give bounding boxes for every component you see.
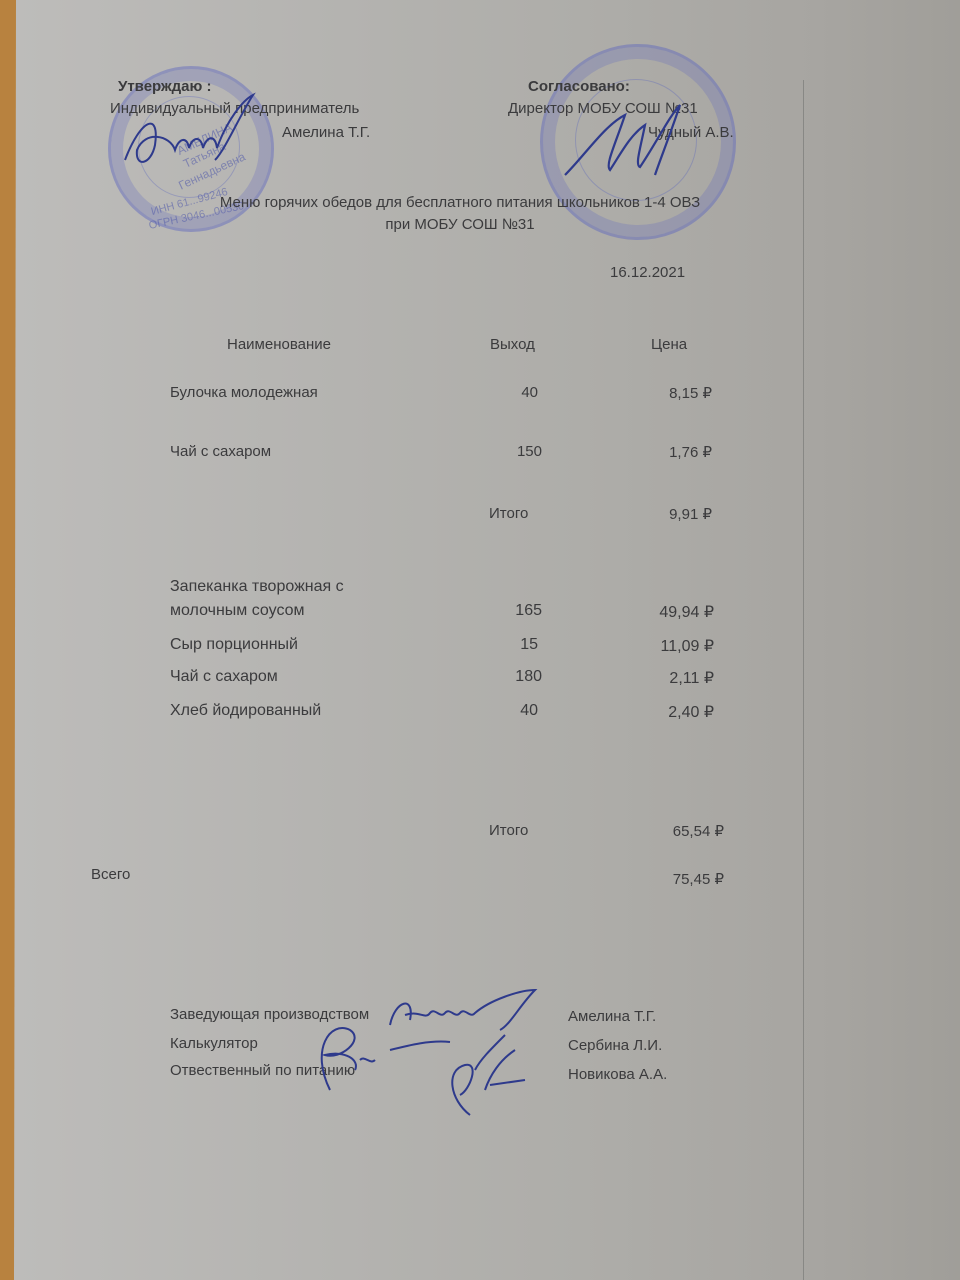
lunch-item-name: Чай с сахаром bbox=[170, 668, 278, 686]
header-name: Наименование bbox=[227, 336, 331, 353]
page-fold-line bbox=[803, 80, 804, 1280]
breakfast-item-name: Булочка молодежная bbox=[170, 384, 318, 401]
signature-name: Амелина Т.Г. bbox=[568, 1008, 656, 1025]
menu-date: 16.12.2021 bbox=[610, 264, 685, 281]
total-label: Всего bbox=[91, 866, 130, 883]
lunch-item-price: 2,40 ₽ bbox=[610, 702, 714, 722]
lunch-subtotal-label: Итого bbox=[489, 822, 528, 839]
agree-heading: Согласовано: bbox=[528, 78, 630, 95]
lunch-item-yield: 165 bbox=[480, 602, 542, 620]
lunch-item-price: 11,09 ₽ bbox=[610, 636, 714, 656]
signature-name: Сербина Л.И. bbox=[568, 1037, 662, 1054]
lunch-item-name: Сыр порционный bbox=[170, 636, 298, 654]
header-yield: Выход bbox=[490, 336, 535, 353]
lunch-item-price: 49,94 ₽ bbox=[610, 602, 714, 622]
menu-title-line1: Меню горячих обедов для бесплатного пита… bbox=[180, 194, 740, 211]
breakfast-item-price: 1,76 ₽ bbox=[620, 443, 712, 461]
breakfast-item-price: 8,15 ₽ bbox=[620, 384, 712, 402]
menu-title-line2: при МОБУ СОШ №31 bbox=[180, 216, 740, 233]
breakfast-subtotal: 9,91 ₽ bbox=[620, 505, 712, 523]
breakfast-item-name: Чай с сахаром bbox=[170, 443, 271, 460]
lunch-item-name-line1: Запеканка творожная с bbox=[170, 578, 344, 596]
lunch-item-price: 2,11 ₽ bbox=[610, 668, 714, 688]
breakfast-subtotal-label: Итого bbox=[489, 505, 528, 522]
signature-role: Калькулятор bbox=[170, 1035, 258, 1052]
signature-name: Новикова А.А. bbox=[568, 1066, 667, 1083]
total-value: 75,45 ₽ bbox=[610, 870, 724, 888]
lunch-item-name: Хлеб йодированный bbox=[170, 702, 321, 720]
lunch-item-yield: 180 bbox=[480, 668, 542, 686]
lunch-item-name: молочным соусом bbox=[170, 602, 305, 620]
approve-name: Амелина Т.Г. bbox=[282, 124, 370, 141]
agree-signature bbox=[560, 95, 700, 190]
lunch-subtotal: 65,54 ₽ bbox=[610, 822, 724, 840]
lunch-item-yield: 40 bbox=[480, 702, 538, 720]
responsible-signature bbox=[430, 1030, 540, 1120]
approve-signature bbox=[115, 90, 265, 180]
breakfast-item-yield: 40 bbox=[480, 384, 538, 401]
breakfast-item-yield: 150 bbox=[480, 443, 542, 460]
lunch-item-yield: 15 bbox=[480, 636, 538, 654]
header-price: Цена bbox=[651, 336, 687, 353]
